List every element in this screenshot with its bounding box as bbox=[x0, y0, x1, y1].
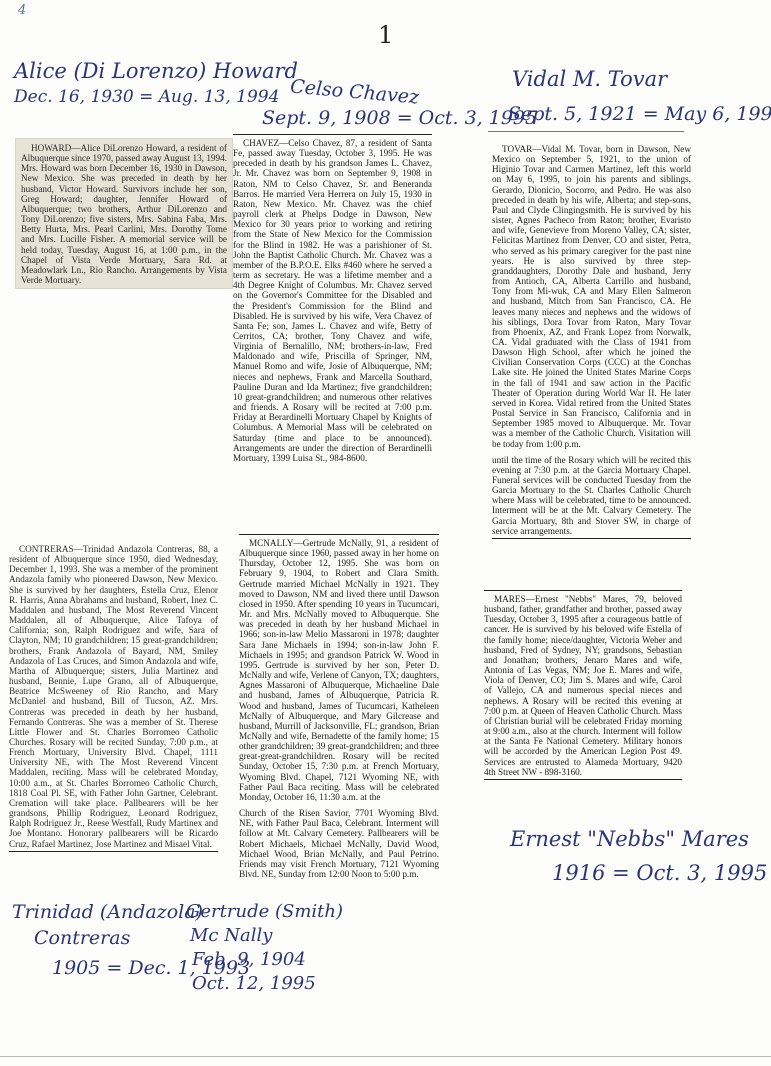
tovar-caption-underline bbox=[488, 131, 684, 132]
obituary-body: —Vidal M. Tovar, born in Dawson, New Mex… bbox=[492, 144, 691, 449]
contreras-handwritten-name-line2: Contreras bbox=[34, 928, 130, 949]
tovar-handwritten-dates: Sept. 5, 1921 = May 6, 1995 bbox=[508, 104, 771, 125]
obituary-clipping-mares: MARES—Ernest "Nebbs" Mares, 79, beloved … bbox=[484, 590, 682, 780]
mares-handwritten-dates: 1916 = Oct. 3, 1995 bbox=[552, 862, 767, 885]
obituary-body: —Trinidad Andazola Contreras, 88, a resi… bbox=[9, 544, 218, 849]
mares-handwritten-name: Ernest "Nebbs" Mares bbox=[510, 828, 749, 851]
obituary-continuation: until the time of the Rosary which will … bbox=[492, 455, 691, 539]
mcnally-handwritten-name-line2: Mc Nally bbox=[190, 926, 272, 946]
contreras-handwritten-name-line1: Trinidad (Andazola) bbox=[12, 902, 203, 923]
obituary-clipping-chavez: CHAVEZ—Celso Chavez, 87, a resident of S… bbox=[233, 134, 432, 463]
obituary-continuation: Church of the Risen Savior, 7701 Wyoming… bbox=[239, 808, 439, 879]
chavez-handwritten-dates: Sept. 9, 1908 = Oct. 3, 1995 bbox=[262, 108, 537, 129]
obituary-clipping-mcnally: MCNALLY—Gertrude McNally, 91, a resident… bbox=[239, 534, 439, 879]
tovar-handwritten-name: Vidal M. Tovar bbox=[512, 68, 667, 91]
obituary-body: —Alice DiLorenzo Howard, a resident of A… bbox=[21, 143, 227, 285]
obituary-clipping-contreras: CONTRERAS—Trinidad Andazola Contreras, 8… bbox=[9, 544, 218, 852]
mcnally-handwritten-name-line1: Gertrude (Smith) bbox=[186, 902, 343, 922]
corner-page-mark: 4 bbox=[18, 4, 26, 18]
page-number: 1 bbox=[378, 22, 393, 48]
obituary-surname: CONTRERAS bbox=[19, 544, 74, 554]
obituary-body: —Celso Chavez, 87, a resident of Santa F… bbox=[233, 138, 432, 463]
page-bottom-edge bbox=[0, 1056, 771, 1057]
obituary-surname: HOWARD bbox=[31, 143, 71, 153]
howard-handwritten-dates: Dec. 16, 1930 = Aug. 13, 1994 bbox=[14, 88, 279, 107]
mcnally-handwritten-death: Oct. 12, 1995 bbox=[192, 974, 316, 994]
obituary-body: —Ernest "Nebbs" Mares, 79, beloved husba… bbox=[484, 594, 682, 777]
howard-handwritten-name: Alice (Di Lorenzo) Howard bbox=[14, 60, 298, 83]
obituary-surname: CHAVEZ bbox=[243, 138, 279, 148]
obituary-clipping-howard: HOWARD—Alice DiLorenzo Howard, a residen… bbox=[15, 138, 233, 289]
obituary-body: —Gertrude McNally, 91, a resident of Alb… bbox=[239, 538, 439, 802]
mcnally-handwritten-birth: Feb. 9, 1904 bbox=[192, 950, 306, 970]
chavez-handwritten-name: Celso Chavez bbox=[289, 76, 420, 108]
obituary-surname: MCNALLY bbox=[249, 538, 294, 548]
obituary-surname: TOVAR bbox=[502, 144, 532, 154]
obituary-clipping-tovar: TOVAR—Vidal M. Tovar, born in Dawson, Ne… bbox=[492, 144, 691, 539]
obituary-surname: MARES bbox=[494, 594, 526, 604]
